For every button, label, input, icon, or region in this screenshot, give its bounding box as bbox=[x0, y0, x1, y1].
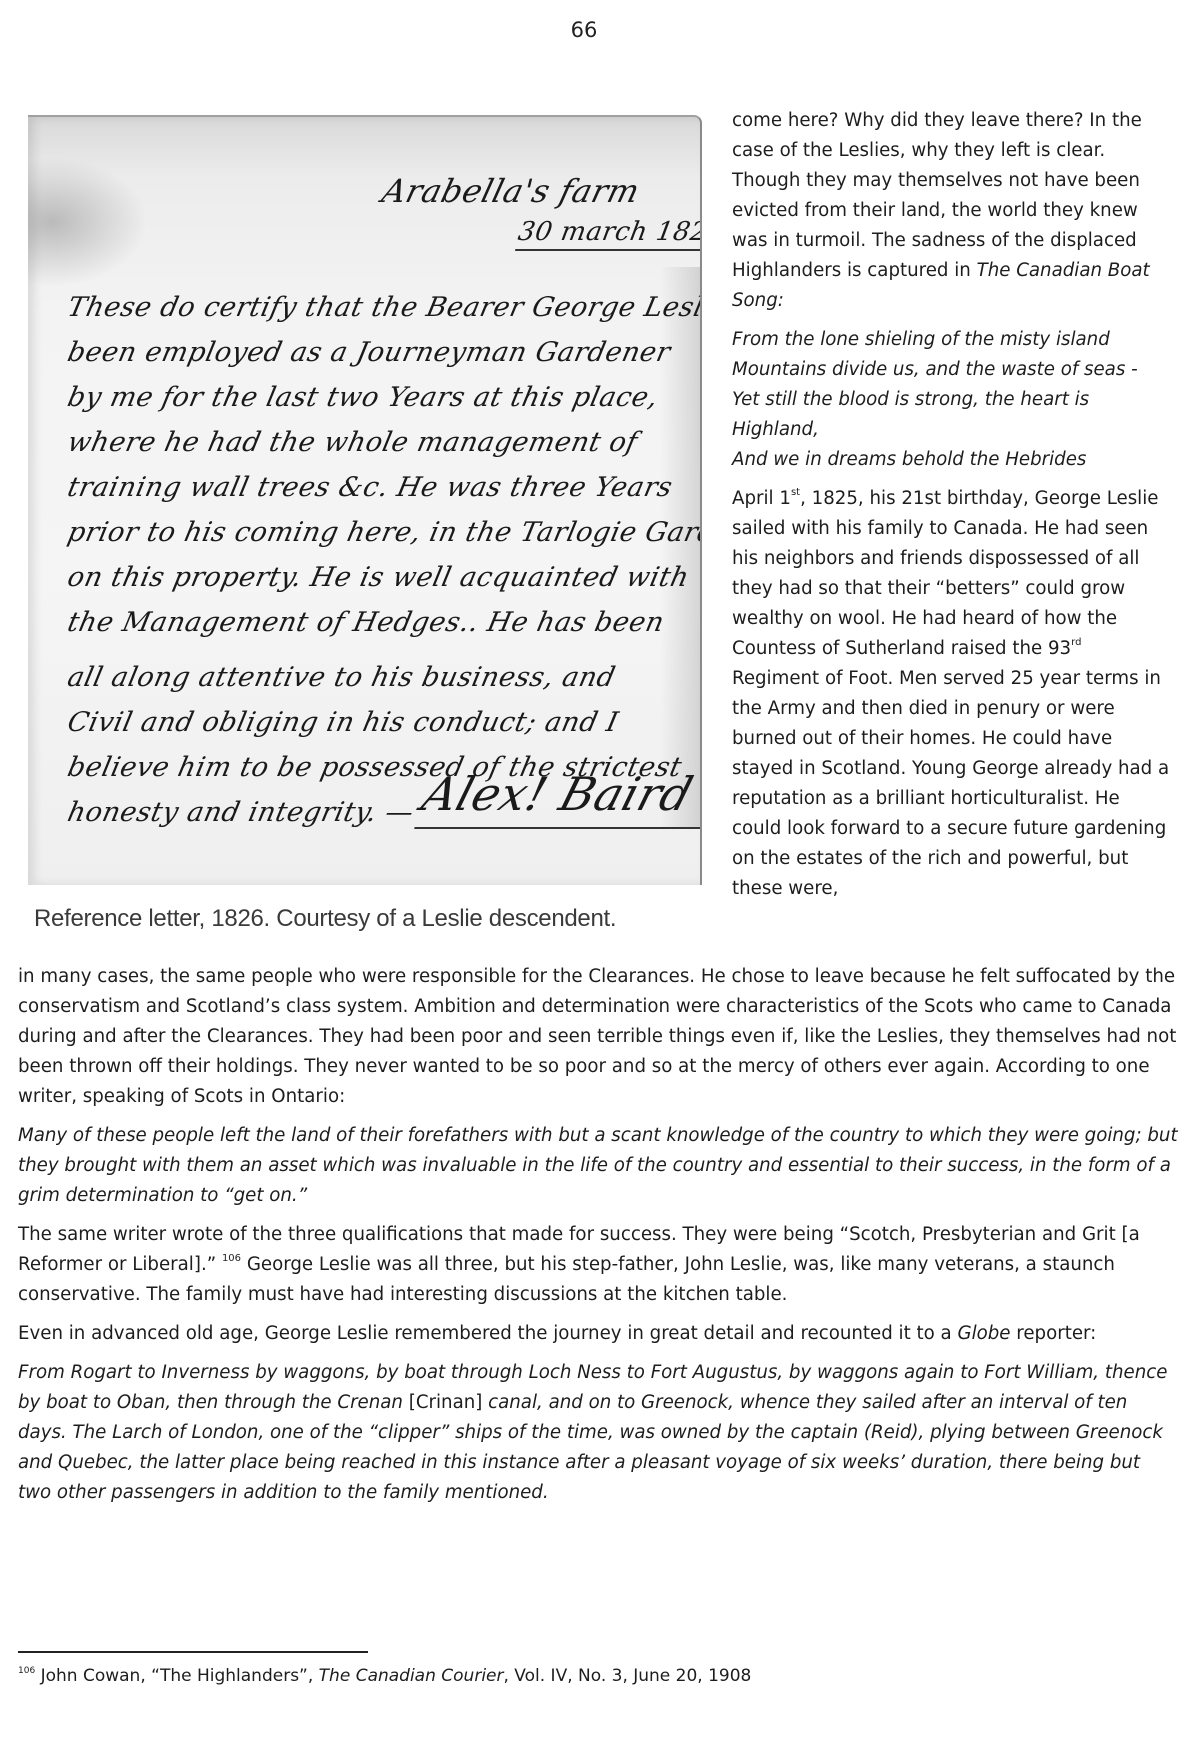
poem-line: Yet still the blood is strong, the heart… bbox=[732, 385, 1172, 445]
publication-title: The Canadian Courier bbox=[319, 1666, 504, 1686]
reference-letter-image: Arabella's farm 30 march 1826 These do c… bbox=[28, 115, 702, 885]
letter-line: where he had the whole management of bbox=[65, 427, 641, 458]
letter-signature: Alex! Baird bbox=[414, 767, 702, 829]
letter-line: all along attentive to his business, and bbox=[65, 662, 619, 693]
poem-line: Mountains divide us, and the waste of se… bbox=[732, 355, 1172, 385]
block-quote-journey: From Rogart to Inverness by waggons, by … bbox=[18, 1358, 1178, 1508]
poem-line: And we in dreams behold the Hebrides bbox=[732, 445, 1172, 475]
paragraph-april: April 1st, 1825, his 21st birthday, Geor… bbox=[732, 484, 1172, 904]
letter-line: the Management of Hedges.. He has been bbox=[65, 607, 667, 638]
poem-quote: From the lone shieling of the misty isla… bbox=[732, 325, 1172, 475]
letter-line: Civil and obliging in his conduct; and I bbox=[65, 707, 622, 738]
letter-line: These do certify that the Bearer George … bbox=[65, 292, 702, 323]
paper-stain bbox=[28, 157, 148, 287]
letter-line: on this property. He is well acquainted … bbox=[65, 562, 692, 593]
letter-line: by me for the last two Years at this pla… bbox=[65, 382, 661, 413]
letter-line: prior to his coming here, in the Tarlogi… bbox=[65, 517, 702, 548]
right-column-text: come here? Why did they leave there? In … bbox=[732, 106, 1172, 904]
footnote-number: 106 bbox=[18, 1666, 35, 1676]
letter-place: Arabella's farm bbox=[378, 172, 643, 210]
figure-caption: Reference letter, 1826. Courtesy of a Le… bbox=[34, 905, 616, 933]
paragraph-journey: Even in advanced old age, George Leslie … bbox=[18, 1319, 1178, 1349]
letter-date: 30 march 1826 bbox=[515, 217, 702, 251]
page-number: 66 bbox=[0, 18, 1168, 42]
letter-line: training wall trees &c. He was three Yea… bbox=[65, 472, 676, 503]
full-width-text: in many cases, the same people who were … bbox=[18, 962, 1178, 1508]
paragraph-clearances: in many cases, the same people who were … bbox=[18, 962, 1178, 1112]
letter-line: honesty and integrity. — bbox=[65, 797, 417, 828]
paragraph-intro: come here? Why did they leave there? In … bbox=[732, 106, 1172, 316]
block-quote-scots: Many of these people left the land of th… bbox=[18, 1121, 1178, 1211]
letter-line: been employed as a Journeyman Gardener bbox=[65, 337, 674, 368]
footnote-separator bbox=[18, 1651, 368, 1653]
footnote-ref[interactable]: 106 bbox=[222, 1253, 241, 1264]
poem-line: From the lone shieling of the misty isla… bbox=[732, 325, 1172, 355]
paragraph-qualifications: The same writer wrote of the three quali… bbox=[18, 1220, 1178, 1310]
footnote: 106 John Cowan, “The Highlanders”, The C… bbox=[18, 1666, 751, 1686]
